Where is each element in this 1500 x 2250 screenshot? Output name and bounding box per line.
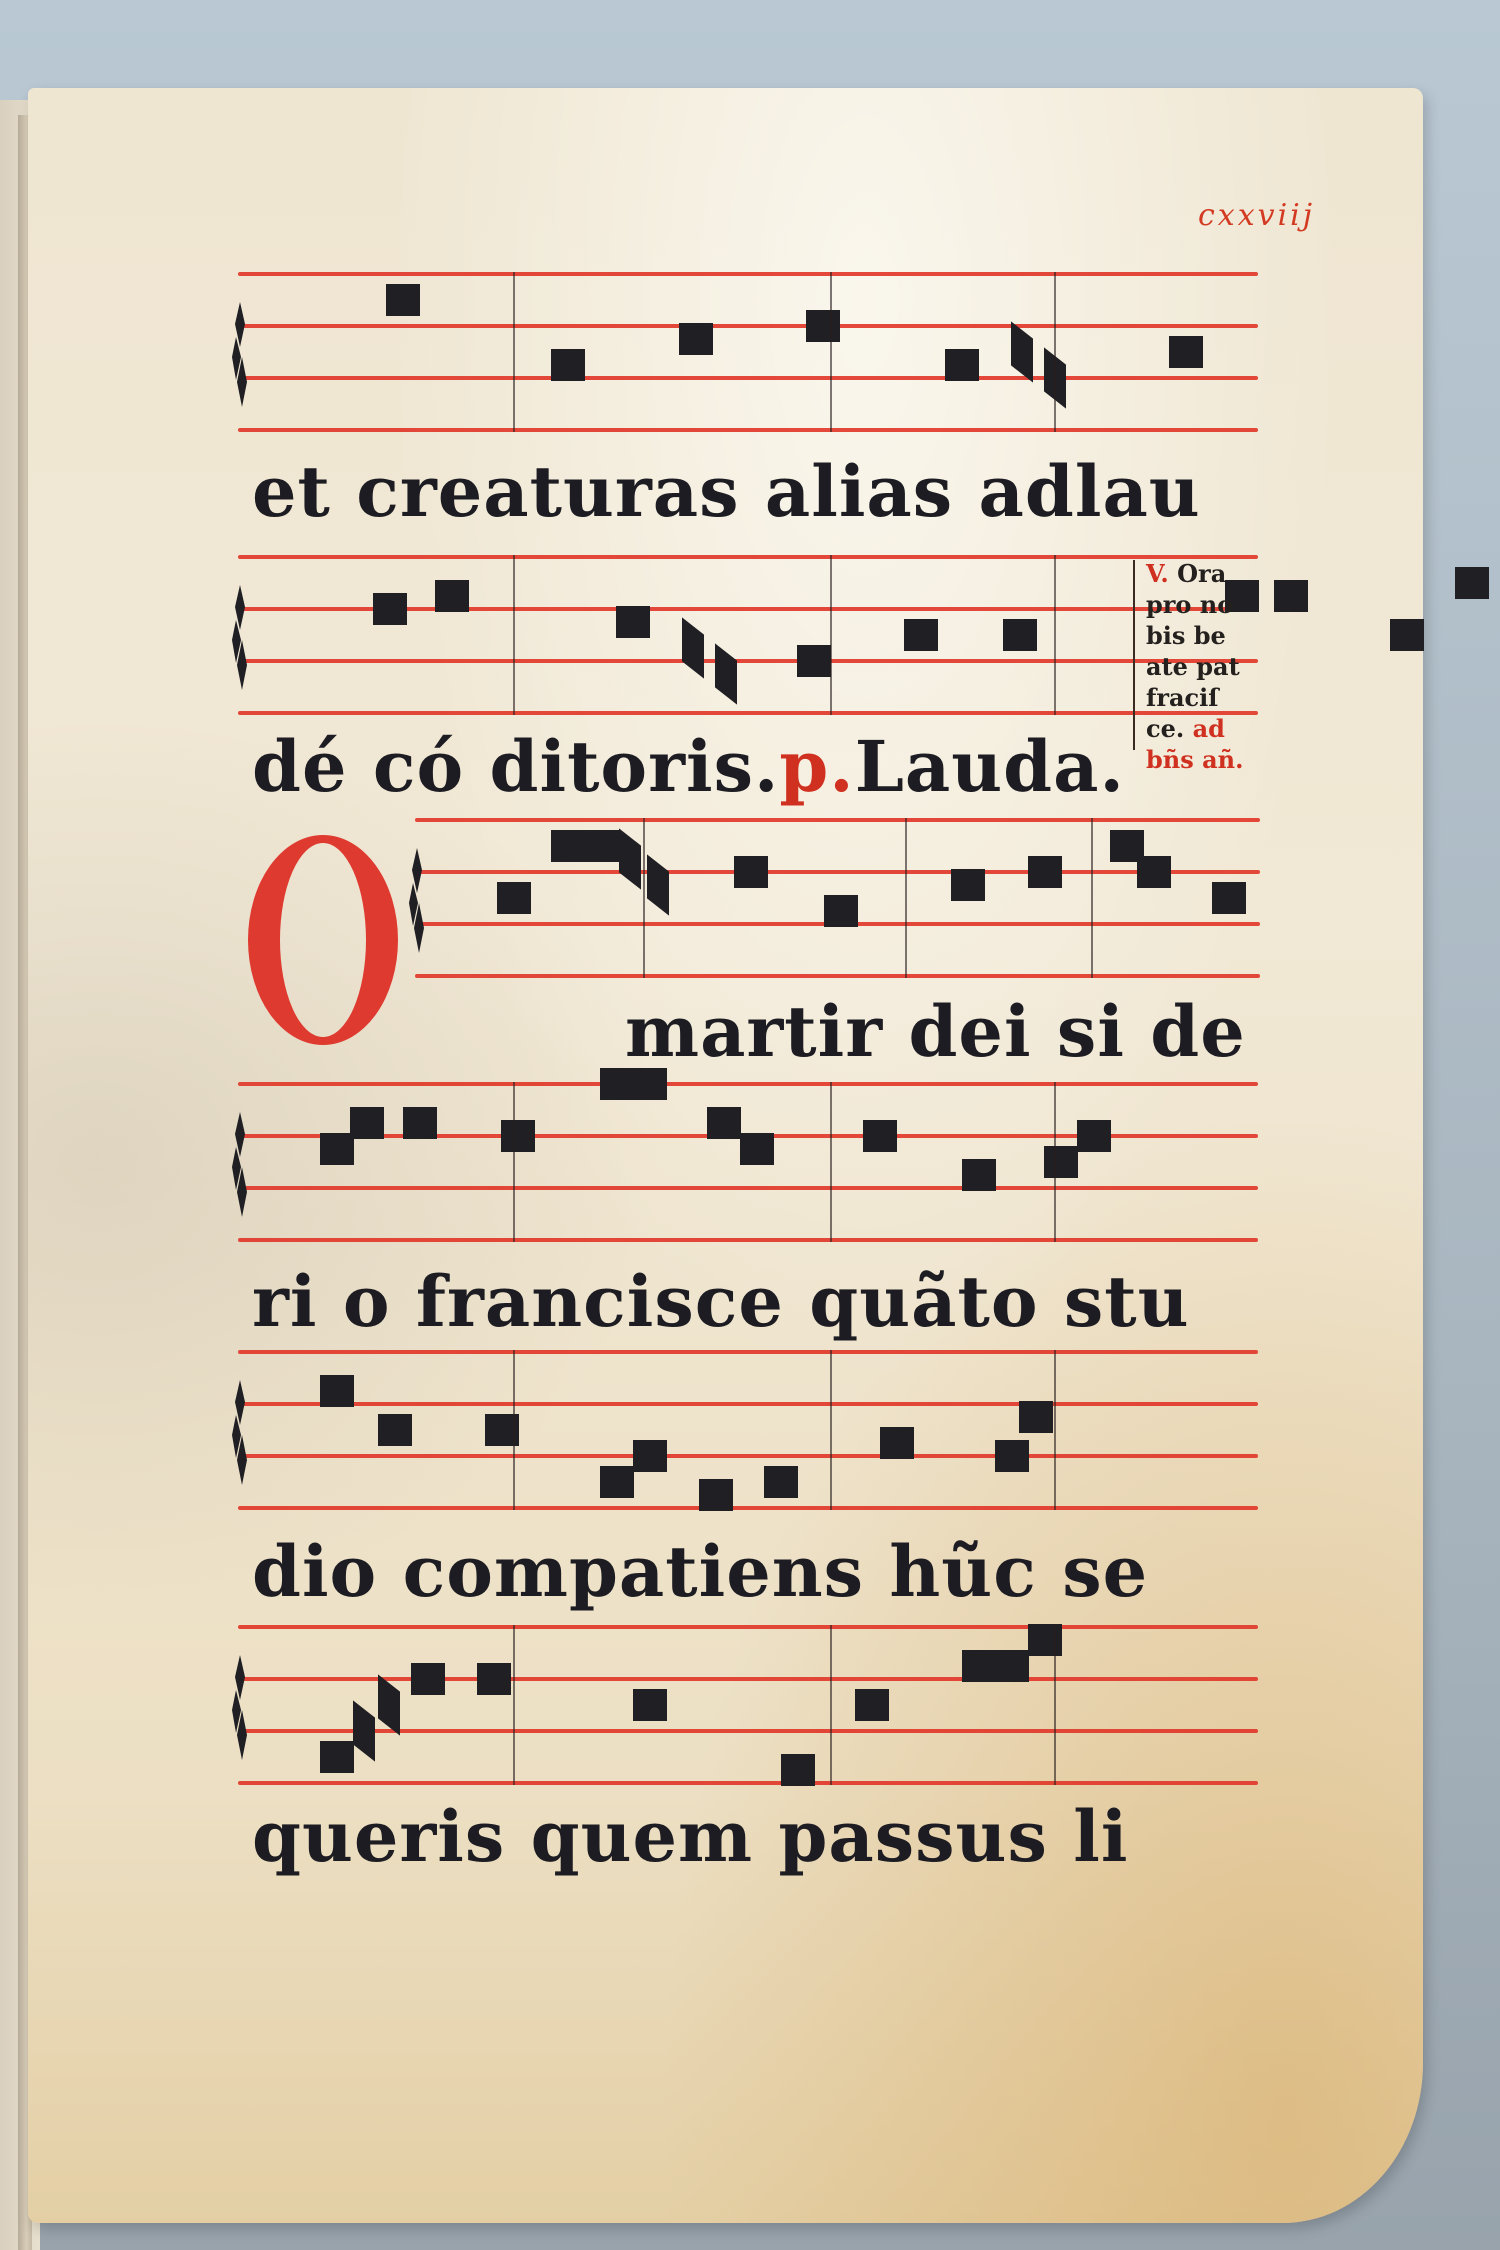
punctum-note [320, 1741, 354, 1773]
folio-number: cxxviij [1198, 198, 1315, 233]
staff-line [238, 428, 1258, 432]
punctum-note [1169, 336, 1203, 368]
c-clef-icon [232, 302, 254, 412]
staff-line [238, 1402, 1258, 1406]
punctum-note [880, 1427, 914, 1459]
division-line [513, 1082, 515, 1242]
punctum-note [1077, 1120, 1111, 1152]
punctum-note [1019, 1401, 1053, 1433]
division-line [513, 1625, 515, 1785]
rubric-line: bñs añ. [1146, 744, 1266, 775]
division-line [830, 1625, 832, 1785]
c-clef-icon [232, 1112, 254, 1222]
punctum-note [962, 1159, 996, 1191]
division-line [905, 818, 907, 978]
staff-line [238, 376, 1258, 380]
punctum-note [781, 1754, 815, 1786]
punctum-note [1274, 580, 1308, 612]
lyric-text: dé có ditoris. [252, 725, 779, 808]
punctum-note [797, 645, 831, 677]
division-line [1054, 272, 1056, 432]
c-clef-icon [232, 585, 254, 695]
punctum-note [501, 1120, 535, 1152]
punctum-note [320, 1375, 354, 1407]
division-line [830, 272, 832, 432]
rhombus-note [353, 1700, 375, 1761]
division-line [513, 1350, 515, 1510]
staff-line [238, 1186, 1258, 1190]
staff-line [238, 1781, 1258, 1785]
punctum-note [497, 882, 531, 914]
punctum-note [600, 1466, 634, 1498]
lyric-text: Lauda. [855, 725, 1125, 808]
lyric-line-5: dio compatiens hũc se [252, 1530, 1148, 1613]
staff-line [238, 324, 1258, 328]
punctum-note [551, 830, 585, 862]
division-line [1091, 818, 1093, 978]
punctum-note [740, 1133, 774, 1165]
lyric-line-2: dé có ditoris.p.Lauda. [252, 725, 1125, 808]
staff-6 [238, 1625, 1258, 1783]
punctum-note [1028, 856, 1062, 888]
punctum-note [707, 1107, 741, 1139]
punctum-note [435, 580, 469, 612]
staff-4 [238, 1082, 1258, 1240]
staff-line [415, 818, 1260, 822]
punctum-note [904, 619, 938, 651]
punctum-note [734, 856, 768, 888]
punctum-note [824, 895, 858, 927]
marginal-versicle: V. Ora pro no bis be ate pat fraciſ ce. … [1146, 558, 1266, 775]
punctum-note [1044, 1146, 1078, 1178]
c-clef-icon [409, 848, 431, 958]
punctum-note [633, 1440, 667, 1472]
division-line [513, 272, 515, 432]
c-clef-icon [232, 1380, 254, 1490]
rubric-line: bis be [1146, 620, 1266, 651]
staff-line [415, 870, 1260, 874]
punctum-note [551, 349, 585, 381]
staff-line [238, 1677, 1258, 1681]
punctum-note [995, 1440, 1029, 1472]
lyric-line-4: ri o francisce quãto stu [252, 1260, 1190, 1343]
rubric-line: pro no [1146, 589, 1266, 620]
staff-line [238, 555, 1258, 559]
punctum-note [373, 593, 407, 625]
punctum-note [863, 1120, 897, 1152]
division-line [1054, 1082, 1056, 1242]
punctum-note [679, 323, 713, 355]
division-line [1054, 1625, 1056, 1785]
rhombus-note [682, 617, 704, 678]
staff-line [238, 711, 1258, 715]
rhombus-note [619, 828, 641, 889]
punctum-note [585, 830, 619, 862]
punctum-note [378, 1414, 412, 1446]
punctum-note [1003, 619, 1037, 651]
rhombus-note [1011, 321, 1033, 382]
staff-line [238, 1729, 1258, 1733]
punctum-note [1455, 567, 1489, 599]
punctum-note [1137, 856, 1171, 888]
punctum-note [411, 1663, 445, 1695]
staff-line [238, 1082, 1258, 1086]
psalm-rubric: p. [779, 725, 854, 808]
lyric-line-3: martir dei si de [625, 990, 1246, 1073]
rubric-line: V. Ora [1146, 558, 1266, 589]
punctum-note [350, 1107, 384, 1139]
punctum-note [386, 284, 420, 316]
division-line [1054, 555, 1056, 715]
staff-2 [238, 555, 1258, 713]
rubric-line: ce. ad [1146, 713, 1266, 744]
punctum-note [1212, 882, 1246, 914]
rhombus-note [715, 643, 737, 704]
staff-line [238, 1454, 1258, 1458]
staff-5 [238, 1350, 1258, 1508]
punctum-note [403, 1107, 437, 1139]
division-line [1054, 1350, 1056, 1510]
division-line [830, 1082, 832, 1242]
staff-1 [238, 272, 1258, 430]
staff-line [238, 1350, 1258, 1354]
division-line [643, 818, 645, 978]
punctum-note [995, 1650, 1029, 1682]
punctum-note [806, 310, 840, 342]
division-line [830, 1350, 832, 1510]
staff-line [238, 659, 1258, 663]
rhombus-note [378, 1674, 400, 1735]
punctum-note [951, 869, 985, 901]
staff-line [238, 1506, 1258, 1510]
staff-line [238, 1625, 1258, 1629]
punctum-note [699, 1479, 733, 1511]
punctum-note [764, 1466, 798, 1498]
staff-line [415, 974, 1260, 978]
rubric-line: ate pat [1146, 651, 1266, 682]
staff-line [238, 272, 1258, 276]
division-line [830, 555, 832, 715]
lyric-line-6: queris quem passus li [252, 1795, 1128, 1878]
punctum-note [962, 1650, 996, 1682]
punctum-note [477, 1663, 511, 1695]
rhombus-note [647, 854, 669, 915]
rubric-line: fraciſ [1146, 682, 1266, 713]
division-line [513, 555, 515, 715]
punctum-note [1028, 1624, 1062, 1656]
rubric-divider [1133, 560, 1135, 750]
lyric-line-1: et creaturas alias adlau [252, 450, 1201, 533]
punctum-note [855, 1689, 889, 1721]
punctum-note [633, 1689, 667, 1721]
c-clef-icon [232, 1655, 254, 1765]
staff-3 [415, 818, 1260, 976]
punctum-note [616, 606, 650, 638]
initial-O [248, 835, 398, 1045]
punctum-note [1390, 619, 1424, 651]
staff-line [238, 1238, 1258, 1242]
punctum-note [945, 349, 979, 381]
